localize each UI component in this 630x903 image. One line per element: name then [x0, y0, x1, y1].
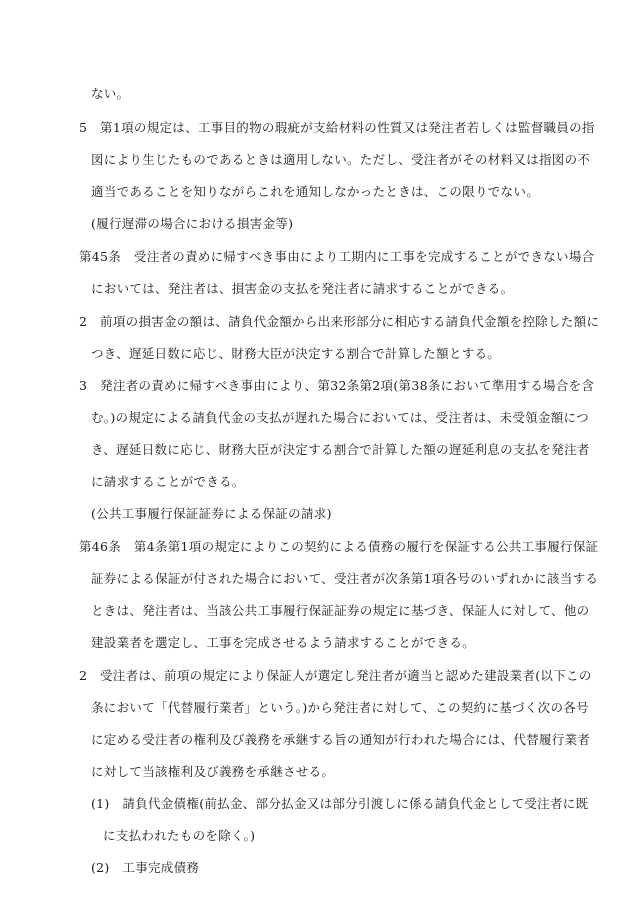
text-line: に支払われたものを除く。) — [103, 828, 255, 844]
text-line: 第46条 第4条第1項の規定によりこの契約による債務の履行を保証する公共工事履行… — [79, 539, 598, 555]
text-line: つき、遅延日数に応じ、財務大臣が決定する割合で計算した額とする。 — [91, 346, 500, 362]
text-line: 建設業者を選定し、工事を完成させるよう請求することができる。 — [91, 635, 475, 651]
text-line: (公共工事履行保証証券による保証の請求) — [91, 506, 332, 522]
text-line: においては、発注者は、損害金の支払を発注者に請求することができる。 — [91, 281, 513, 297]
text-line: 条において「代替履行業者」という。)から発注者に対して、この契約に基づく次の各号 — [91, 700, 589, 716]
text-line: 2 前項の損害金の額は、請負代金額から出来形部分に相応する請負代金額を控除した額… — [79, 314, 599, 330]
text-line: 図により生じたものであるときは適用しない。ただし、受注者がその材料又は指図の不 — [91, 152, 590, 168]
text-line: ときは、発注者は、当該公共工事履行保証証券の規定に基づき、保証人に対して、他の — [91, 603, 589, 619]
text-line: 適当であることを知りながらこれを通知しなかったときは、この限りでない。 — [91, 184, 539, 200]
text-line: 第45条 受注者の責めに帰すべき事由により工期内に工事を完成することができない場… — [79, 249, 594, 265]
text-line: に請求することができる。 — [91, 474, 245, 490]
text-line: き、遅延日数に応じ、財務大臣が決定する割合で計算した額の遅延利息の支払を発注者 — [91, 442, 590, 458]
text-line: 証券による保証が付された場合において、受注者が次条第1項各号のいずれかに該当する — [91, 571, 598, 587]
text-line: む。)の規定による請負代金の支払が遅れた場合においては、受注者は、未受領金額につ — [91, 410, 589, 426]
text-line: (1) 請負代金債権(前払金、部分払金又は部分引渡しに係る請負代金として受注者に… — [91, 796, 588, 812]
text-line: に対して当該権利及び義務を承継させる。 — [91, 764, 334, 780]
text-line: に定める受注者の権利及び義務を承継する旨の通知が行われた場合には、代替履行業者 — [91, 732, 590, 748]
text-line: 5 第1項の規定は、工事目的物の瑕疵が支給材料の性質又は発注者若しくは監督職員の… — [79, 120, 595, 136]
text-line: (履行遅滞の場合における損害金等) — [91, 216, 293, 232]
text-line: 2 受注者は、前項の規定により保証人が選定し発注者が適当と認めた建設業者(以下こ… — [79, 668, 592, 684]
text-line: 3 発注者の責めに帰すべき事由により、第32条第2項(第38条において準用する場… — [79, 378, 594, 394]
text-line: ない。 — [91, 86, 129, 102]
text-line: (2) 工事完成債務 — [91, 860, 199, 876]
